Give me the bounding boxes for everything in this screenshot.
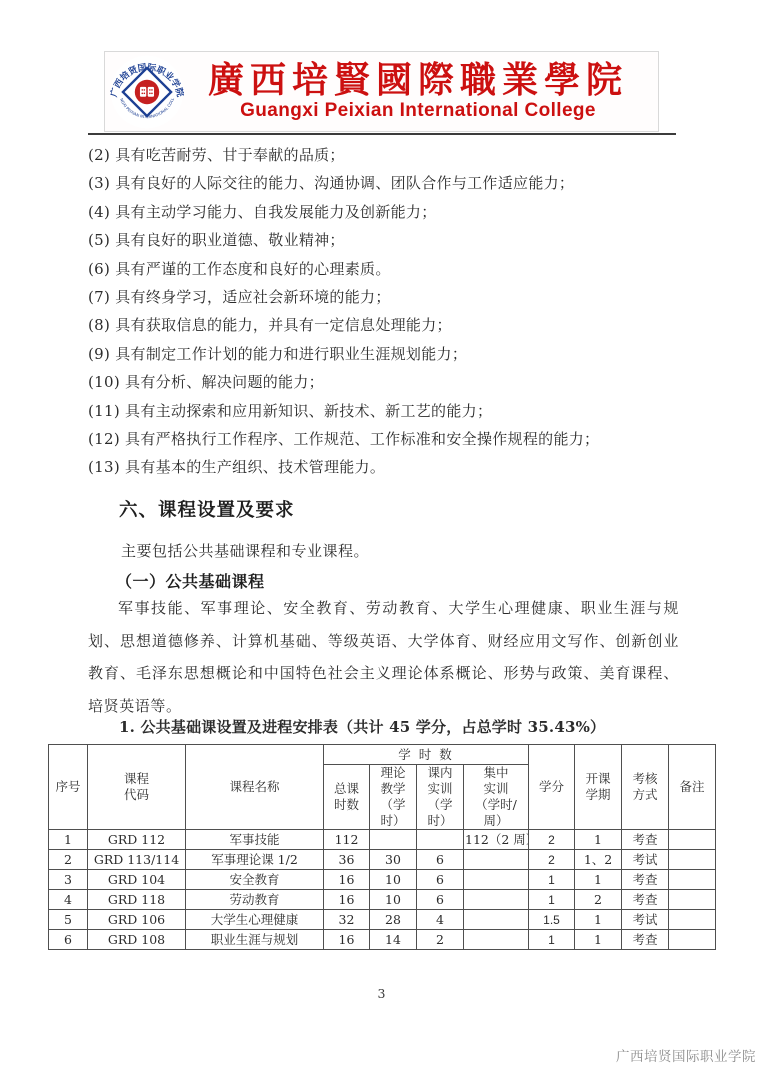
capability-list-item: (11) 具有主动探索和应用新知识、新技术、新工艺的能力； bbox=[88, 397, 680, 425]
cell-code: GRD 118 bbox=[88, 890, 186, 910]
cell-seq: 1 bbox=[49, 830, 88, 850]
cell-seq: 3 bbox=[49, 870, 88, 890]
cell-assessment: 考查 bbox=[622, 930, 669, 950]
college-seal-icon: 广西培贤国际职业学院 GUANGXI PEIXIAN INTERNATIONAL… bbox=[110, 55, 184, 129]
cell-theory: 14 bbox=[370, 930, 417, 950]
capability-list-item: (8) 具有获取信息的能力，并具有一定信息处理能力； bbox=[88, 311, 680, 339]
cell-remarks bbox=[669, 830, 716, 850]
header-divider bbox=[88, 133, 676, 135]
capabilities-list: (2) 具有吃苦耐劳、甘于奉献的品质； (3) 具有良好的人际交往的能力、沟通协… bbox=[88, 141, 680, 482]
cell-concentrated bbox=[464, 850, 529, 870]
cell-remarks bbox=[669, 870, 716, 890]
cell-credits: 1.5 bbox=[529, 910, 575, 930]
cell-code: GRD 113/114 bbox=[88, 850, 186, 870]
cell-remarks bbox=[669, 890, 716, 910]
cell-code: GRD 106 bbox=[88, 910, 186, 930]
course-schedule-table: 序号 课程 代码 课程名称 学 时 数 学分 开课 学期 考核 方式 备注 总课… bbox=[48, 744, 716, 950]
table-row: 6 GRD 108 职业生涯与规划 16 14 2 1 1 考查 bbox=[49, 930, 716, 950]
page-number: 3 bbox=[0, 986, 763, 1001]
cell-code: GRD 104 bbox=[88, 870, 186, 890]
table-header: 序号 课程 代码 课程名称 学 时 数 学分 开课 学期 考核 方式 备注 总课… bbox=[49, 745, 716, 830]
col-header-hours-group: 学 时 数 bbox=[324, 745, 529, 765]
table-row: 3 GRD 104 安全教育 16 10 6 1 1 考查 bbox=[49, 870, 716, 890]
cell-name: 军事理论课 1/2 bbox=[186, 850, 324, 870]
col-header-seq: 序号 bbox=[49, 745, 88, 830]
cell-semester: 1 bbox=[575, 930, 622, 950]
cell-inclass: 6 bbox=[417, 870, 464, 890]
col-header-inclass-training: 课内 实训 （学 时） bbox=[417, 765, 464, 830]
cell-semester: 1、2 bbox=[575, 850, 622, 870]
cell-credits: 2 bbox=[529, 830, 575, 850]
cell-name: 劳动教育 bbox=[186, 890, 324, 910]
cell-seq: 6 bbox=[49, 930, 88, 950]
college-name-english: Guangxi Peixian International College bbox=[184, 101, 652, 122]
cell-concentrated bbox=[464, 870, 529, 890]
col-header-name: 课程名称 bbox=[186, 745, 324, 830]
capability-list-item: (12) 具有严格执行工作程序、工作规范、工作标准和安全操作规程的能力； bbox=[88, 425, 680, 453]
capability-list-item: (4) 具有主动学习能力、自我发展能力及创新能力； bbox=[88, 198, 680, 226]
table-row: 1 GRD 112 军事技能 112 112（2 周） 2 1 考查 bbox=[49, 830, 716, 850]
section-intro: 主要包括公共基础课程和专业课程。 bbox=[121, 540, 369, 561]
subsection-heading: （一）公共基础课程 bbox=[116, 569, 265, 592]
capability-list-item: (7) 具有终身学习，适应社会新环境的能力； bbox=[88, 283, 680, 311]
watermark-text: 广西培贤国际职业学院 bbox=[616, 1045, 756, 1065]
capability-list-item: (13) 具有基本的生产组织、技术管理能力。 bbox=[88, 453, 680, 481]
cell-total: 32 bbox=[324, 910, 370, 930]
cell-total: 16 bbox=[324, 870, 370, 890]
cell-inclass: 6 bbox=[417, 850, 464, 870]
cell-seq: 4 bbox=[49, 890, 88, 910]
cell-inclass: 2 bbox=[417, 930, 464, 950]
section-heading: 六、课程设置及要求 bbox=[119, 496, 295, 522]
cell-seq: 2 bbox=[49, 850, 88, 870]
cell-code: GRD 108 bbox=[88, 930, 186, 950]
cell-theory: 30 bbox=[370, 850, 417, 870]
cell-concentrated bbox=[464, 890, 529, 910]
cell-assessment: 考查 bbox=[622, 830, 669, 850]
cell-assessment: 考查 bbox=[622, 870, 669, 890]
capability-list-item: (6) 具有严谨的工作态度和良好的心理素质。 bbox=[88, 255, 680, 283]
cell-concentrated bbox=[464, 930, 529, 950]
cell-total: 112 bbox=[324, 830, 370, 850]
cell-semester: 2 bbox=[575, 890, 622, 910]
document-page: 广西培贤国际职业学院 GUANGXI PEIXIAN INTERNATIONAL… bbox=[0, 0, 763, 1080]
capability-list-item: (2) 具有吃苦耐劳、甘于奉献的品质； bbox=[88, 141, 680, 169]
table-title: 1. 公共基础课设置及进程安排表（共计 45 学分，占总学时 35.43%） bbox=[119, 716, 605, 737]
capability-list-item: (3) 具有良好的人际交往的能力、沟通协调、团队合作与工作适应能力； bbox=[88, 169, 680, 197]
cell-assessment: 考查 bbox=[622, 890, 669, 910]
table-row: 2 GRD 113/114 军事理论课 1/2 36 30 6 2 1、2 考试 bbox=[49, 850, 716, 870]
cell-seq: 5 bbox=[49, 910, 88, 930]
cell-inclass bbox=[417, 830, 464, 850]
cell-semester: 1 bbox=[575, 910, 622, 930]
cell-inclass: 4 bbox=[417, 910, 464, 930]
course-overview-paragraph: 军事技能、军事理论、安全教育、劳动教育、大学生心理健康、职业生涯与规划、思想道德… bbox=[88, 592, 679, 722]
letterhead-titles: 廣西培賢國際職業學院 Guangxi Peixian International… bbox=[184, 61, 658, 122]
cell-code: GRD 112 bbox=[88, 830, 186, 850]
seal-inner-circle bbox=[135, 79, 159, 103]
cell-theory: 10 bbox=[370, 890, 417, 910]
cell-name: 大学生心理健康 bbox=[186, 910, 324, 930]
cell-semester: 1 bbox=[575, 870, 622, 890]
cell-credits: 1 bbox=[529, 870, 575, 890]
table-body: 1 GRD 112 军事技能 112 112（2 周） 2 1 考查 2 GRD… bbox=[49, 830, 716, 950]
cell-assessment: 考试 bbox=[622, 910, 669, 930]
col-header-remarks: 备注 bbox=[669, 745, 716, 830]
cell-name: 职业生涯与规划 bbox=[186, 930, 324, 950]
college-letterhead: 广西培贤国际职业学院 GUANGXI PEIXIAN INTERNATIONAL… bbox=[104, 51, 659, 132]
col-header-semester: 开课 学期 bbox=[575, 745, 622, 830]
col-header-total-hours: 总课 时数 bbox=[324, 765, 370, 830]
college-name-chinese: 廣西培賢國際職業學院 bbox=[184, 61, 652, 101]
cell-semester: 1 bbox=[575, 830, 622, 850]
cell-name: 安全教育 bbox=[186, 870, 324, 890]
cell-total: 36 bbox=[324, 850, 370, 870]
cell-theory: 28 bbox=[370, 910, 417, 930]
cell-remarks bbox=[669, 850, 716, 870]
capability-list-item: (5) 具有良好的职业道德、敬业精神； bbox=[88, 226, 680, 254]
col-header-theory-hours: 理论 教学 （学 时） bbox=[370, 765, 417, 830]
col-header-concentrated-training: 集中 实训 （学时/ 周） bbox=[464, 765, 529, 830]
table-row: 4 GRD 118 劳动教育 16 10 6 1 2 考查 bbox=[49, 890, 716, 910]
capability-list-item: (9) 具有制定工作计划的能力和进行职业生涯规划能力； bbox=[88, 340, 680, 368]
cell-total: 16 bbox=[324, 930, 370, 950]
cell-total: 16 bbox=[324, 890, 370, 910]
table-row: 5 GRD 106 大学生心理健康 32 28 4 1.5 1 考试 bbox=[49, 910, 716, 930]
col-header-credits: 学分 bbox=[529, 745, 575, 830]
cell-remarks bbox=[669, 910, 716, 930]
cell-name: 军事技能 bbox=[186, 830, 324, 850]
cell-inclass: 6 bbox=[417, 890, 464, 910]
col-header-assessment: 考核 方式 bbox=[622, 745, 669, 830]
cell-assessment: 考试 bbox=[622, 850, 669, 870]
cell-concentrated bbox=[464, 910, 529, 930]
cell-credits: 2 bbox=[529, 850, 575, 870]
capability-list-item: (10) 具有分析、解决问题的能力； bbox=[88, 368, 680, 396]
cell-credits: 1 bbox=[529, 930, 575, 950]
cell-theory: 10 bbox=[370, 870, 417, 890]
col-header-code: 课程 代码 bbox=[88, 745, 186, 830]
cell-credits: 1 bbox=[529, 890, 575, 910]
cell-theory bbox=[370, 830, 417, 850]
cell-remarks bbox=[669, 930, 716, 950]
cell-concentrated: 112（2 周） bbox=[464, 830, 529, 850]
